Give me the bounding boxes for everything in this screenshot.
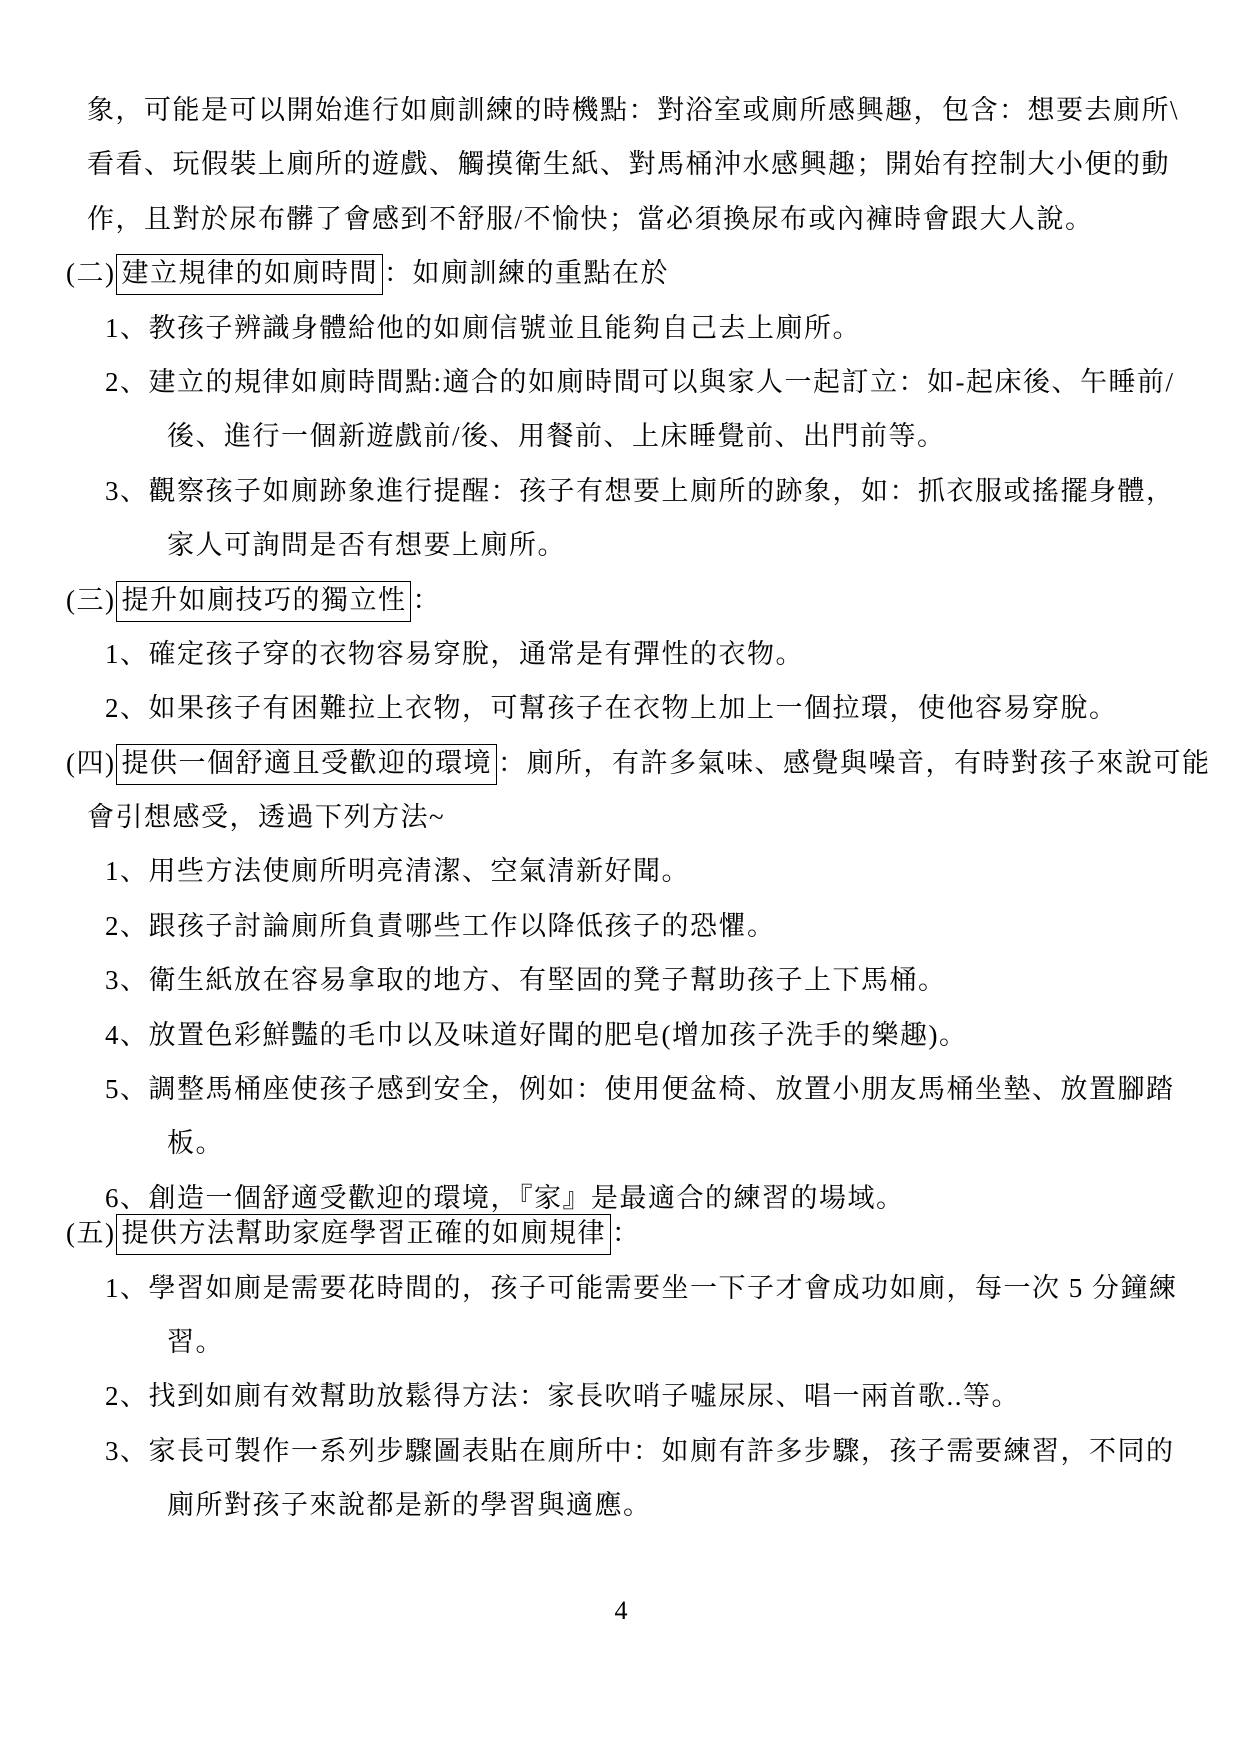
text-line: 看看、玩假裝上廁所的遊戲、觸摸衛生紙、對馬桶沖水感興趣；開始有控制大小便的動 (0, 137, 1241, 191)
section-after-text: ：如廁訓練的重點在於 (384, 258, 669, 288)
section-heading-line: (四)提供一個舒適且受歡迎的環境：廁所，有許多氣味、感覺與噪音，有時對孩子來說可… (0, 736, 1241, 790)
text-line: 5、調整馬桶座使孩子感到安全，例如：使用便盆椅、放置小朋友馬桶坐墊、放置腳踏 (0, 1062, 1241, 1116)
boxed-heading: 提供一個舒適且受歡迎的環境 (116, 744, 497, 785)
text-line: 3、衛生紙放在容易拿取的地方、有堅固的凳子幫助孩子上下馬桶。 (0, 953, 1241, 1007)
page-number: 4 (62, 1596, 1180, 1626)
text-line: 1、學習如廁是需要花時間的，孩子可能需要坐一下子才會成功如廁，每一次 5 分鐘練 (0, 1261, 1241, 1315)
section-label: (二) (66, 258, 115, 288)
section-label: (五) (66, 1218, 115, 1248)
section-heading-line: (五)提供方法幫助家庭學習正確的如廁規律： (0, 1206, 1241, 1260)
section-after-text: ：廁所，有許多氣味、感覺與噪音，有時對孩子來說可能 (498, 748, 1211, 778)
document-page: 象，可能是可以開始進行如廁訓練的時機點：對浴室或廁所感興趣，包含：想要去廁所\看… (0, 0, 1241, 1755)
text-line: 2、找到如廁有效幫助放鬆得方法：家長吹哨子噓尿尿、唱一兩首歌..等。 (0, 1369, 1241, 1423)
text-line: 3、家長可製作一系列步驟圖表貼在廁所中：如廁有許多步驟，孩子需要練習，不同的 (0, 1424, 1241, 1478)
text-line: 板。 (0, 1116, 1241, 1170)
text-line: 1、確定孩子穿的衣物容易穿脫，通常是有彈性的衣物。 (0, 627, 1241, 681)
text-line: 家人可詢問是否有想要上廁所。 (0, 518, 1241, 572)
text-line: 3、觀察孩子如廁跡象進行提醒：孩子有想要上廁所的跡象，如：抓衣服或搖擺身體， (0, 464, 1241, 518)
text-line: 會引想感受，透過下列方法~ (0, 790, 1241, 844)
text-line: 習。 (0, 1315, 1241, 1369)
section-heading-line: (三)提升如廁技巧的獨立性： (0, 573, 1241, 627)
text-line: 廁所對孩子來說都是新的學習與適應。 (0, 1478, 1241, 1532)
text-line: 2、如果孩子有困難拉上衣物，可幫孩子在衣物上加上一個拉環，使他容易穿脫。 (0, 681, 1241, 735)
text-line: 2、建立的規律如廁時間點:適合的如廁時間可以與家人一起訂立：如-起床後、午睡前/ (0, 355, 1241, 409)
boxed-heading: 提供方法幫助家庭學習正確的如廁規律 (116, 1214, 611, 1255)
text-line: 1、用些方法使廁所明亮清潔、空氣清新好聞。 (0, 844, 1241, 898)
document-body: 象，可能是可以開始進行如廁訓練的時機點：對浴室或廁所感興趣，包含：想要去廁所\看… (0, 83, 1241, 1533)
text-line: 1、教孩子辨識身體給他的如廁信號並且能夠自己去上廁所。 (0, 301, 1241, 355)
section-label: (四) (66, 748, 115, 778)
section-after-text: ： (412, 585, 441, 615)
boxed-heading: 提升如廁技巧的獨立性 (116, 581, 411, 622)
section-label: (三) (66, 585, 115, 615)
text-line: 4、放置色彩鮮豔的毛巾以及味道好聞的肥皂(增加孩子洗手的樂趣)。 (0, 1008, 1241, 1062)
text-line: 作，且對於尿布髒了會感到不舒服/不愉快；當必須換尿布或內褲時會跟大人說。 (0, 192, 1241, 246)
section-heading-line: (二)建立規律的如廁時間：如廁訓練的重點在於 (0, 246, 1241, 300)
text-line: 2、跟孩子討論廁所負責哪些工作以降低孩子的恐懼。 (0, 899, 1241, 953)
text-line: 象，可能是可以開始進行如廁訓練的時機點：對浴室或廁所感興趣，包含：想要去廁所\ (0, 83, 1241, 137)
boxed-heading: 建立規律的如廁時間 (116, 254, 383, 295)
text-line: 後、進行一個新遊戲前/後、用餐前、上床睡覺前、出門前等。 (0, 409, 1241, 463)
section-after-text: ： (612, 1218, 641, 1248)
